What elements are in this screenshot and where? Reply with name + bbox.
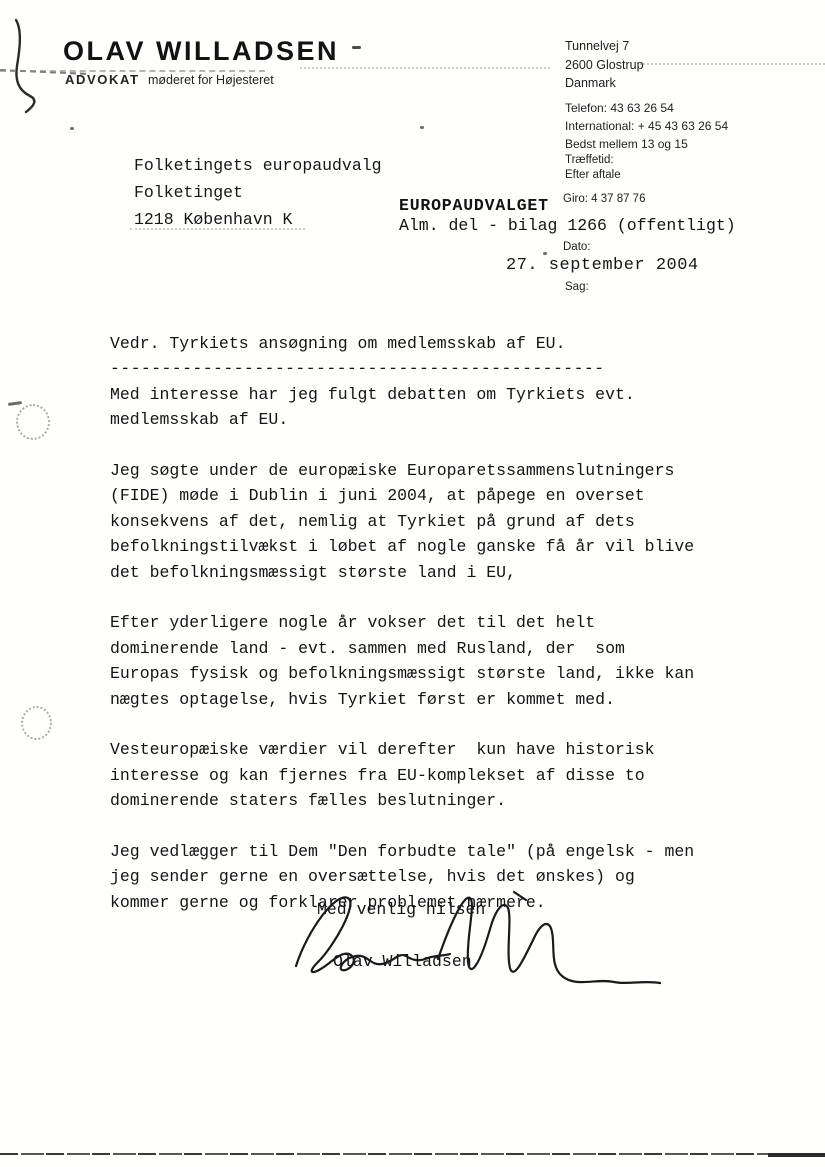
letterhead-subtitle: ADVOKAT møderet for Højesteret [65,71,274,89]
recipient-line: Folketinget [134,179,382,206]
letterhead-hours-block: Træffetid: Efter aftale [565,153,621,183]
address-line: Tunnelvej 7 [565,37,644,56]
scan-smear [300,67,550,69]
letterhead-name: OLAV WILLADSEN [63,36,339,67]
letter-body: Vedr. Tyrkiets ansøgning om medlemsskab … [110,331,790,915]
hours-value: Efter aftale [565,168,621,183]
best-time-line: Bedst mellem 13 og 15 [565,135,728,153]
recipient-line: Folketingets europaudvalg [134,152,382,179]
letterhead-profession-detail: møderet for Højesteret [148,73,274,87]
letter-date: 27. september 2004 [506,256,699,275]
address-line: 2600 Glostrup [565,56,644,75]
international-phone-line: International: + 45 43 63 26 54 [565,117,728,135]
scan-speck [352,46,361,49]
case-label: Sag: [565,281,589,293]
address-line: Danmark [565,74,644,93]
europaudvalget-stamp: EUROPAUDVALGET Alm. del - bilag 1266 (of… [399,196,736,235]
scan-speck [70,127,74,130]
paragraph: Med interesse har jeg fulgt debatten om … [110,382,790,433]
punch-hole [21,706,52,740]
scan-smear [640,63,825,65]
hours-label: Træffetid: [565,153,621,168]
letterhead-profession: ADVOKAT [65,72,140,87]
paragraph: Jeg søgte under de europæiske Europarets… [110,458,790,585]
recipient-address: Folketingets europaudvalg Folketinget 12… [134,152,382,233]
scan-edge-artifact [0,1153,825,1155]
subject-line: Vedr. Tyrkiets ansøgning om medlemsskab … [110,331,790,356]
scanned-letter-page: OLAV WILLADSEN ADVOKAT møderet for Højes… [0,0,825,1167]
punch-hole [16,404,50,440]
scan-speck [8,401,22,406]
phone-line: Telefon: 43 63 26 54 [565,99,728,117]
paragraph: Efter yderligere nogle år vokser det til… [110,610,790,712]
scan-speck [420,126,424,129]
pen-mark-artifact [0,18,100,118]
stamp-reference: Alm. del - bilag 1266 (offentligt) [399,216,736,236]
subject-underline: ----------------------------------------… [110,356,790,381]
date-label: Dato: [563,241,591,253]
recipient-line: 1218 København K [134,206,382,233]
scan-speck [543,252,547,255]
letterhead-address: Tunnelvej 7 2600 Glostrup Danmark [565,37,644,93]
letterhead-phone-block: Telefon: 43 63 26 54 International: + 45… [565,99,728,153]
scan-edge-artifact [768,1153,825,1157]
paragraph: Vesteuropæiske værdier vil derefter kun … [110,737,790,813]
stamp-title: EUROPAUDVALGET [399,196,736,216]
handwritten-signature [278,884,678,992]
